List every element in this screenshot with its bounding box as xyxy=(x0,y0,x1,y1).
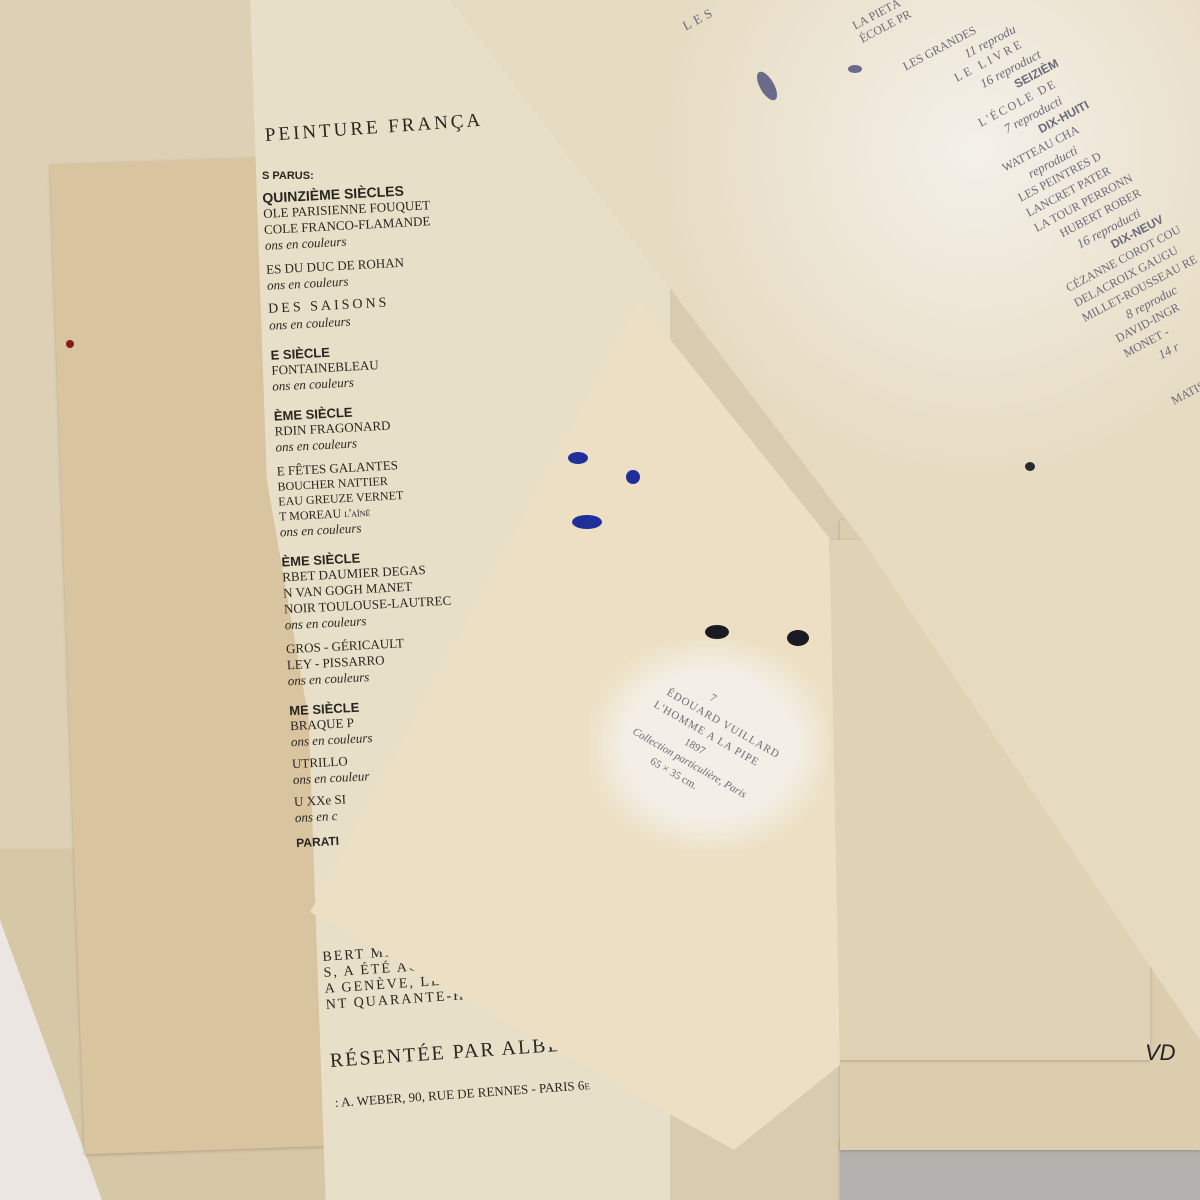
red-paint-speck xyxy=(66,340,74,348)
black-paint-blob xyxy=(705,625,729,639)
blue-paint-cluster xyxy=(572,515,602,529)
handwritten-initials: VD xyxy=(1145,1040,1176,1066)
dark-paint-dot xyxy=(1025,462,1035,471)
catalogue-subtitle: S PARUS: xyxy=(262,170,314,182)
blue-paint-splash xyxy=(568,452,588,464)
blue-paint-dot xyxy=(626,470,640,484)
purple-paint-dot xyxy=(848,65,862,73)
